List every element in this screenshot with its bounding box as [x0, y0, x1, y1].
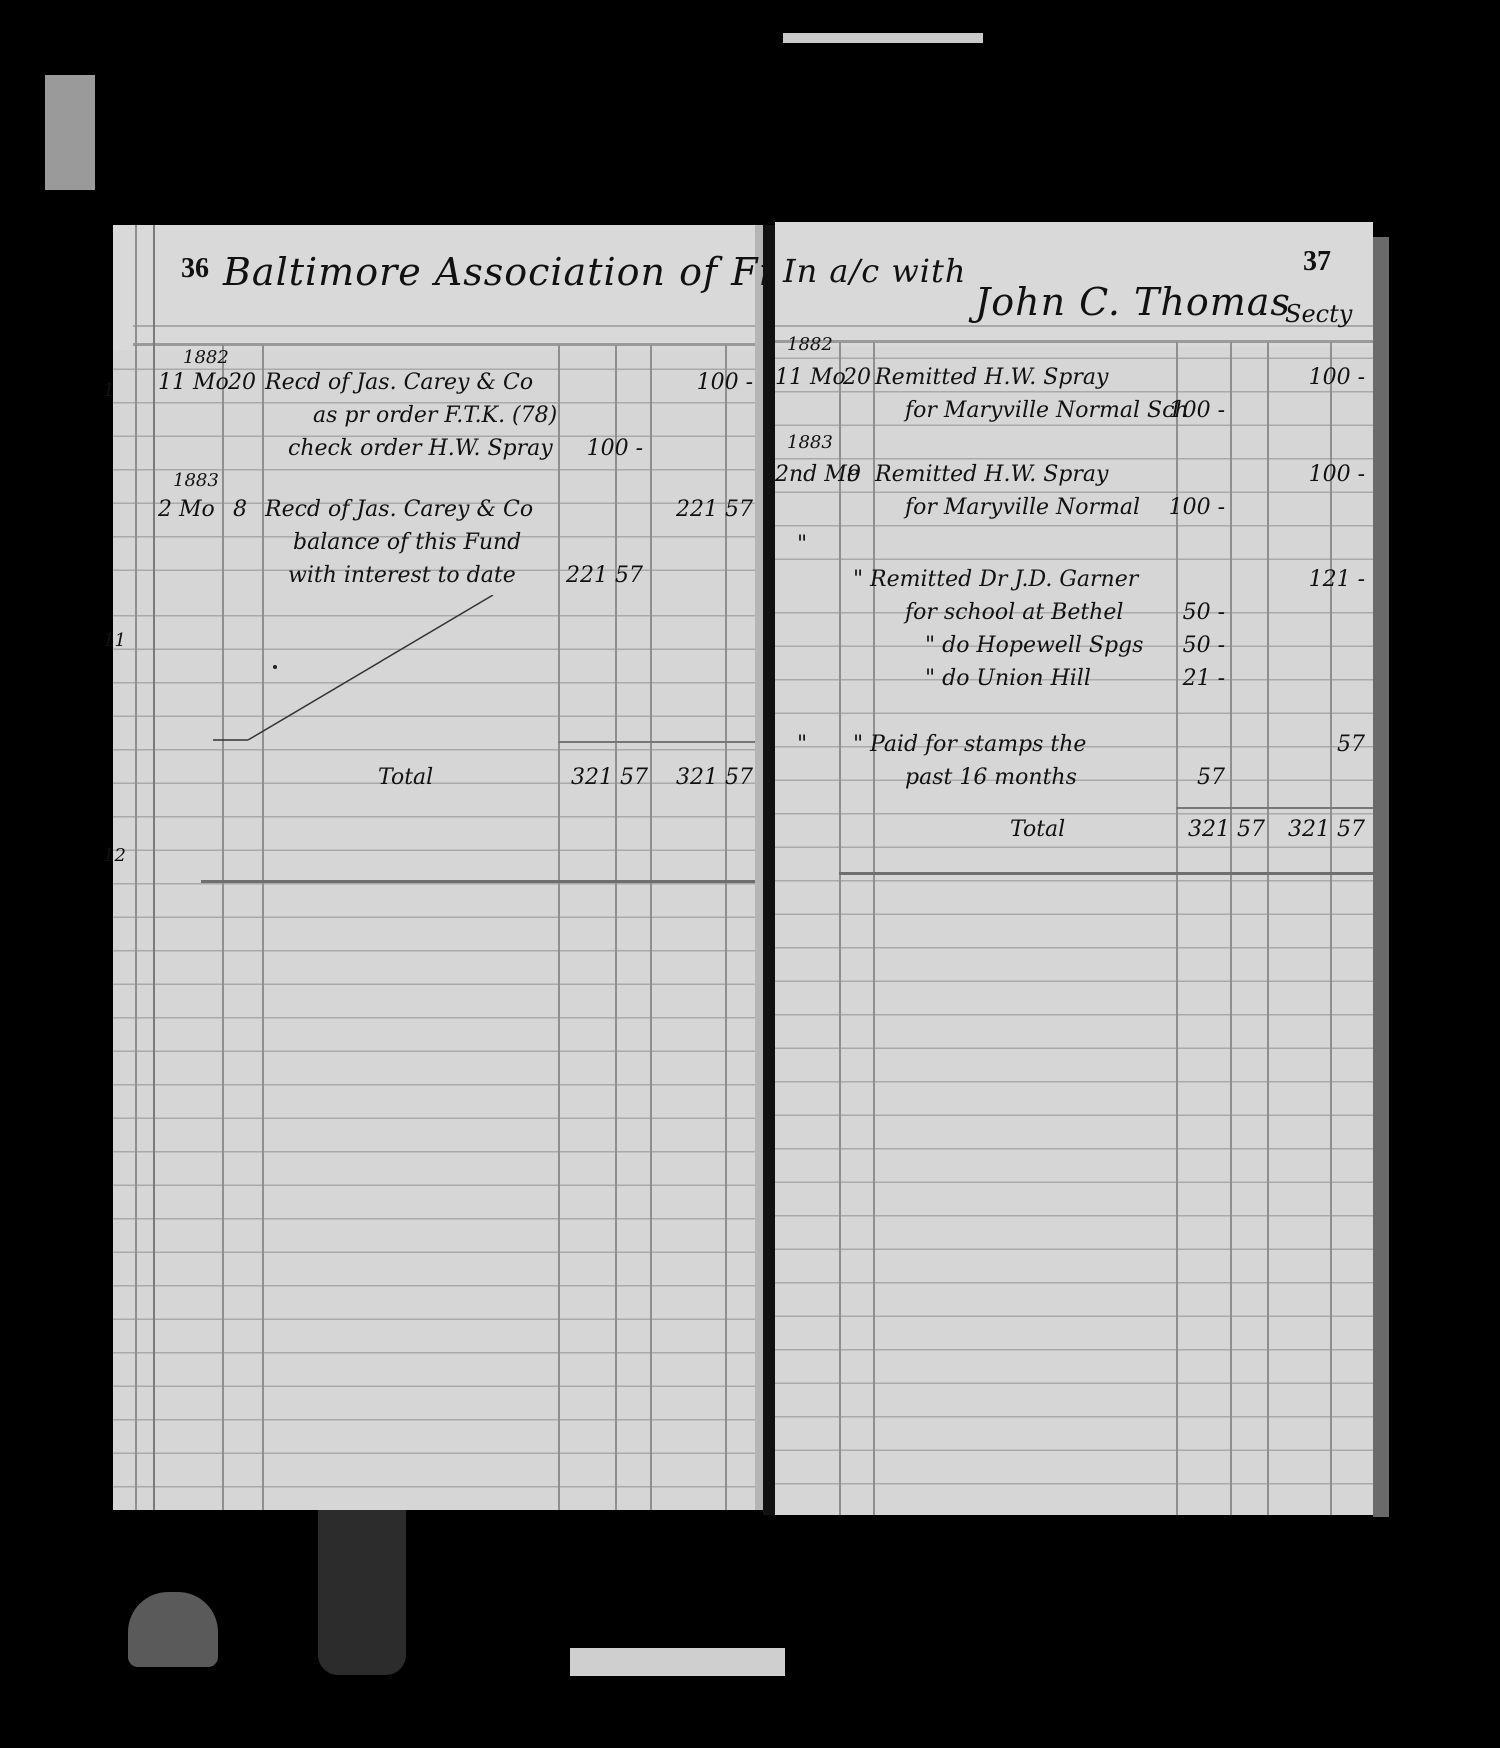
- inner-amount: 57: [1175, 765, 1225, 790]
- sub-amount: 50 -: [1155, 600, 1225, 625]
- entry-line: Remitted H.W. Spray: [875, 462, 1108, 487]
- thumb: [128, 1592, 218, 1667]
- account-holder-name: John C. Thomas: [975, 280, 1291, 324]
- total-underline: [201, 880, 755, 883]
- total-outer: 321 57: [1265, 817, 1365, 842]
- entry-day: ": [853, 732, 863, 757]
- outer-amount: 121 -: [1265, 567, 1365, 592]
- entry-line: for school at Bethel: [905, 600, 1123, 625]
- outer-amount: 100 -: [1265, 365, 1365, 390]
- entry-year: 1883: [787, 432, 833, 453]
- inner-amount: 221 57: [553, 563, 643, 588]
- book-gutter: [763, 225, 775, 1515]
- entry-line: balance of this Fund: [293, 530, 521, 555]
- outer-amount: 57: [1265, 732, 1365, 757]
- entry-day: 20: [843, 365, 871, 390]
- total-inner: 321 57: [553, 765, 648, 790]
- outer-amount: 100 -: [1265, 462, 1365, 487]
- entry-month: 11 Mo: [158, 370, 229, 395]
- entry-line: for Maryville Normal: [905, 495, 1140, 520]
- inner-amount: 100 -: [563, 436, 643, 461]
- entry-line: Recd of Jas. Carey & Co: [265, 370, 533, 395]
- entry-month: 11 Mo: [775, 365, 846, 390]
- entry-day: 9: [847, 462, 861, 487]
- paper-scrap: [570, 1648, 785, 1676]
- entry-line: Remitted H.W. Spray: [875, 365, 1108, 390]
- page-number: 37: [1303, 246, 1331, 278]
- account-title-prefix: In a/c with: [783, 252, 966, 290]
- entry-line: check order H.W. Spray: [288, 436, 553, 461]
- entry-day: ": [853, 567, 863, 592]
- page-edge: [1373, 237, 1389, 1517]
- account-holder-title: Secty: [1285, 300, 1352, 328]
- entry-month: ": [797, 732, 807, 757]
- sub-amount: 50 -: [1155, 633, 1225, 658]
- entry-line: Paid for stamps the: [870, 732, 1086, 757]
- entry-line: past 16 months: [905, 765, 1077, 790]
- total-label: Total: [1010, 817, 1065, 842]
- entry-month: ": [797, 532, 807, 557]
- entry-day: 8: [233, 497, 247, 522]
- entry-line: Recd of Jas. Carey & Co: [265, 497, 533, 522]
- entry-line: Remitted Dr J.D. Garner: [870, 567, 1138, 592]
- total-inner: 321 57: [1170, 817, 1265, 842]
- total-underline: [839, 872, 1373, 875]
- entry-line: " do Hopewell Spgs: [925, 633, 1143, 658]
- inner-amount: 100 -: [1155, 398, 1225, 423]
- right-ledger-page: In a/c with John C. Thomas Secty 37 1882…: [775, 222, 1373, 1515]
- left-ledger-page: 36 Baltimore Association of Friends 1 11…: [113, 225, 763, 1510]
- paper-scrap: [783, 33, 983, 43]
- entry-day: 20: [228, 370, 256, 395]
- entry-year: 1882: [183, 347, 229, 368]
- outer-amount: 100 -: [653, 370, 753, 395]
- margin-mark: 11: [103, 630, 126, 651]
- cancel-stroke: [213, 595, 573, 745]
- paper-scrap: [45, 75, 95, 190]
- margin-mark: 1: [103, 380, 114, 401]
- total-outer: 321 57: [653, 765, 753, 790]
- total-label: Total: [378, 765, 433, 790]
- sub-amount: 21 -: [1155, 666, 1225, 691]
- entry-year: 1882: [787, 334, 833, 355]
- inner-amount: 100 -: [1155, 495, 1225, 520]
- entry-line: as pr order F.T.K. (78): [313, 403, 557, 428]
- margin-mark: 12: [103, 845, 126, 866]
- outer-amount: 221 57: [653, 497, 753, 522]
- entry-line: for Maryville Normal Sch: [905, 398, 1189, 423]
- entry-line: " do Union Hill: [925, 666, 1091, 691]
- entry-year: 1883: [173, 470, 219, 491]
- entry-line: with interest to date: [288, 563, 516, 588]
- page-number: 36: [181, 253, 209, 285]
- entry-month: 2 Mo: [158, 497, 215, 522]
